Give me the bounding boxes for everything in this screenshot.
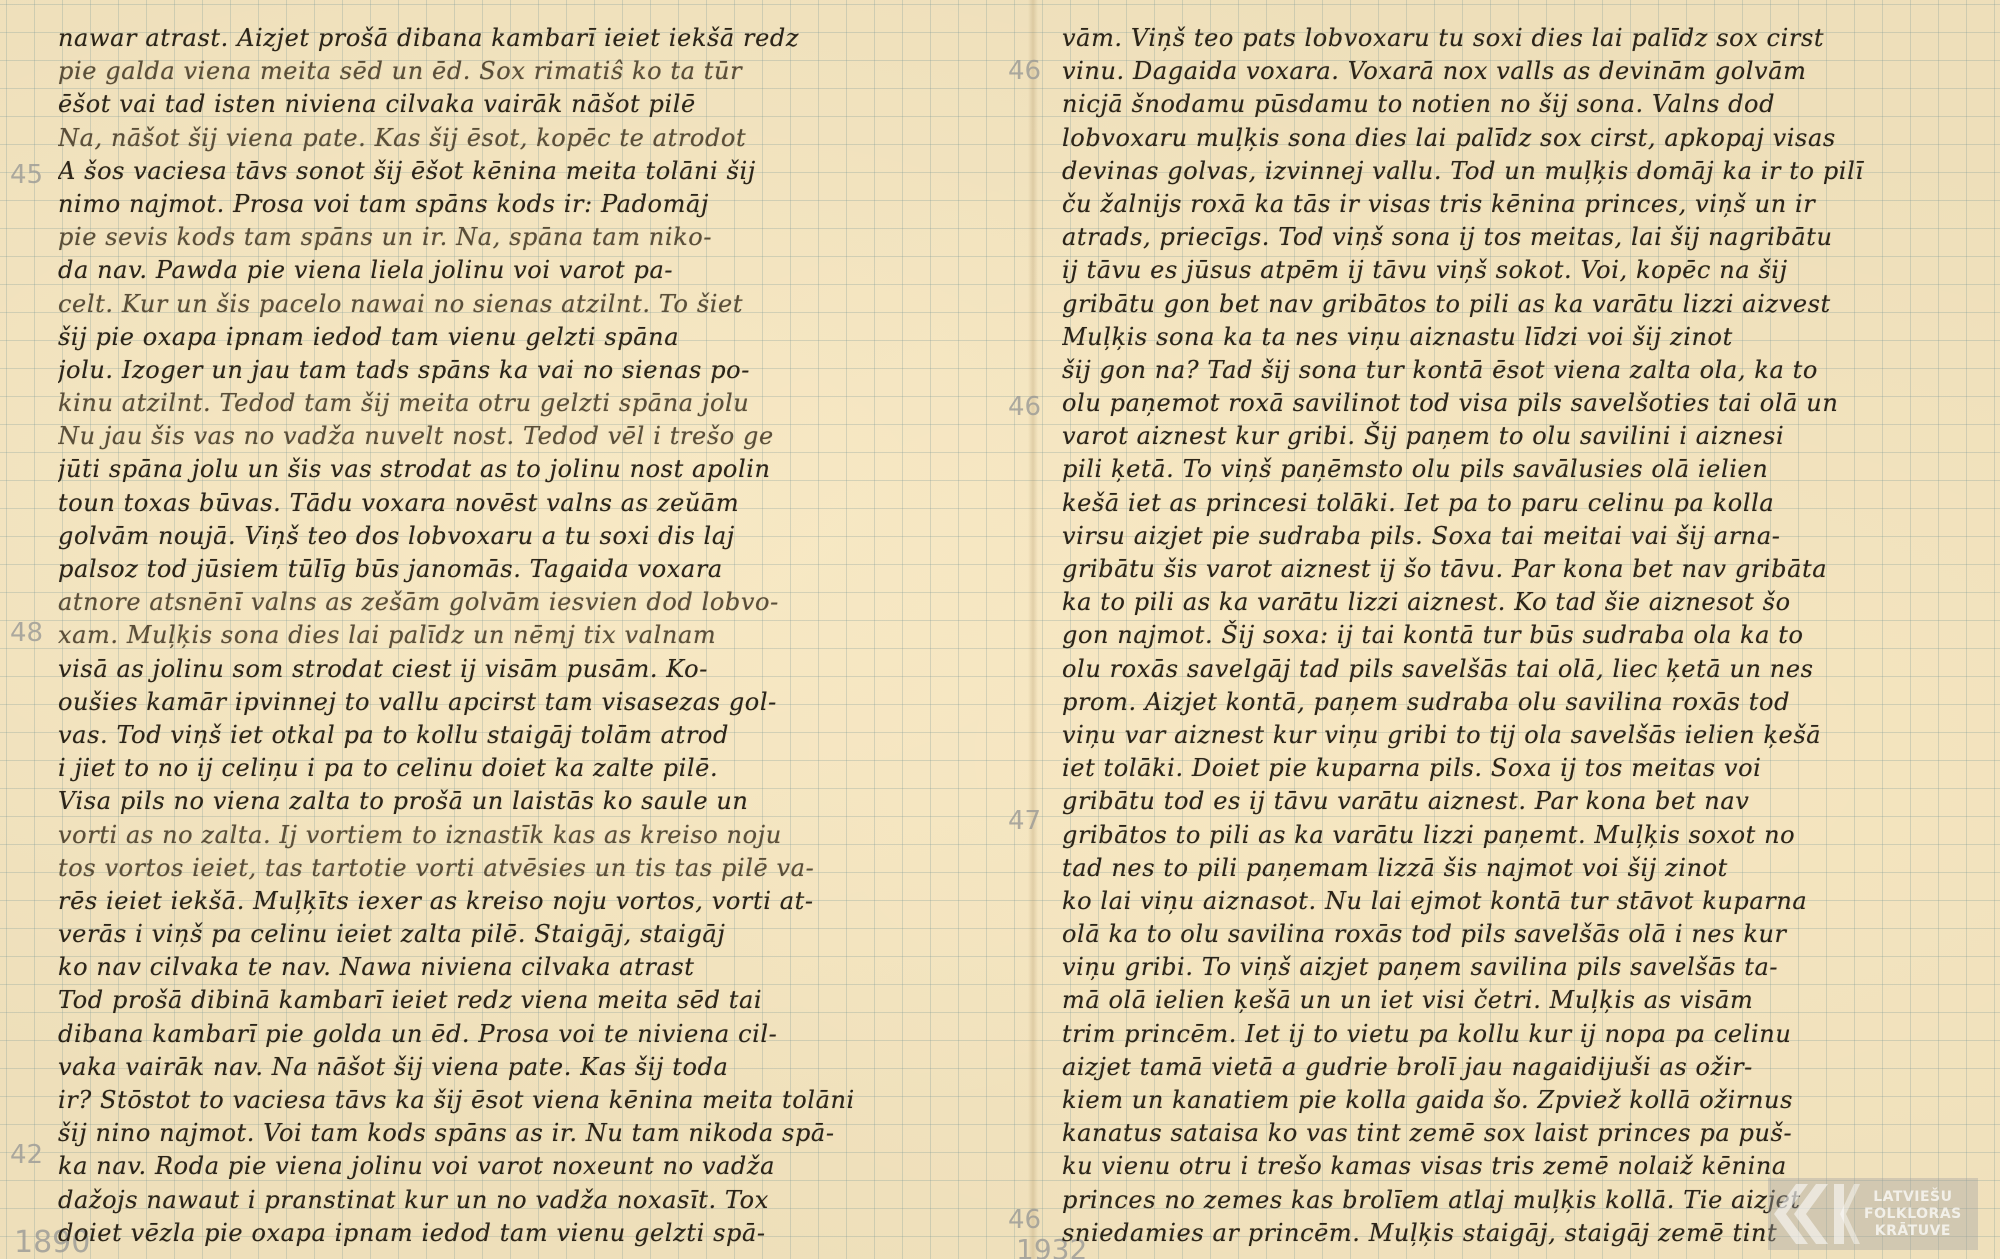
page-fold	[1028, 0, 1038, 1259]
handwritten-line: toun toxas būvas. Tādu voxara novēst val…	[58, 487, 1018, 520]
watermark-text: LATVIEŠU FOLKLORAS KRĀTUVE	[1860, 1189, 1962, 1240]
handwritten-line: ij tāvu es jūsus atpēm ij tāvu viņš soko…	[1062, 254, 1997, 287]
handwritten-line: vaka vairāk nav. Na nāšot šij viena pate…	[58, 1051, 1018, 1084]
handwritten-line: varot aiznest kur gribi. Šij paņem to ol…	[1062, 420, 1997, 453]
handwritten-line: olā ka to olu savilina roxās tod pils sa…	[1062, 918, 1997, 951]
handwritten-line: palsoz tod jūsiem tūlīg būs janomās. Tag…	[58, 553, 1018, 586]
handwritten-line: Na, nāšot šij viena pate. Kas šij ēsot, …	[58, 122, 1018, 155]
handwritten-line: vorti as no zalta. Ij vortiem to iznastī…	[58, 819, 1018, 852]
handwritten-line: ko lai viņu aiznasot. Nu lai ejmot kontā…	[1062, 885, 1997, 918]
handwritten-line: gon najmot. Šij soxa: ij tai kontā tur b…	[1062, 619, 1997, 652]
handwritten-line: ir? Stōstot to vaciesa tāvs ka šij ēsot …	[58, 1084, 1018, 1117]
handwritten-line: visā as jolinu som strodat ciest ij visā…	[58, 653, 1018, 686]
archive-watermark: LATVIEŠU FOLKLORAS KRĀTUVE	[1768, 1178, 1978, 1250]
handwritten-line: ēšot vai tad isten niviena cilvaka vairā…	[58, 88, 1018, 121]
left-page: nawar atrast. Aizjet prošā dibana kambar…	[58, 22, 1018, 1250]
handwritten-line: nicjā šnodamu pūsdamu to notien no šij s…	[1062, 88, 1997, 121]
handwritten-line: iet tolāki. Doiet pie kuparna pils. Soxa…	[1062, 752, 1997, 785]
handwritten-line: jolu. Izoger un jau tam tads spāns ka va…	[58, 354, 1018, 387]
handwritten-line: šij pie oxapa ipnam iedod tam vienu gelz…	[58, 321, 1018, 354]
handwritten-line: prom. Aizjet kontā, paņem sudraba olu sa…	[1062, 686, 1997, 719]
handwritten-line: atnore atsnēnī valns as zešām golvām ies…	[58, 586, 1018, 619]
watermark-line: FOLKLORAS	[1864, 1206, 1962, 1223]
handwritten-line: A šos vaciesa tāvs sonot šij ēšot kēnina…	[58, 155, 1018, 188]
handwritten-line: xam. Muļķis sona dies lai palīdz un nēmj…	[58, 619, 1018, 652]
handwritten-line: celt. Kur un šis pacelo nawai no sienas …	[58, 288, 1018, 321]
handwritten-line: šij nino najmot. Voi tam kods spāns as i…	[58, 1117, 1018, 1150]
handwritten-line: dibana kambarī pie golda un ēd. Prosa vo…	[58, 1018, 1018, 1051]
handwritten-line: Visa pils no viena zalta to prošā un lai…	[58, 785, 1018, 818]
handwritten-line: gribātos to pili as ka varātu lizzi paņe…	[1062, 819, 1997, 852]
handwritten-line: vām. Viņš teo pats lobvoxaru tu soxi die…	[1062, 22, 1997, 55]
handwritten-line: verās i viņš pa celinu ieiet zalta pilē.…	[58, 918, 1018, 951]
handwritten-line: dažojs nawaut i pranstinat kur un no vad…	[58, 1184, 1018, 1217]
handwritten-line: nawar atrast. Aizjet prošā dibana kambar…	[58, 22, 1018, 55]
handwritten-line: kiem un kanatiem pie kolla gaida šo. Zpv…	[1062, 1084, 1997, 1117]
handwritten-line: olu paņemot roxā savilinot tod visa pils…	[1062, 387, 1997, 420]
handwritten-line: i jiet to no ij celiņu i pa to celinu do…	[58, 752, 1018, 785]
margin-number: 45	[10, 160, 43, 190]
handwritten-line: pie galda viena meita sēd un ēd. Sox rim…	[58, 55, 1018, 88]
handwritten-line: oušies kamār ipvinnej to vallu apcirst t…	[58, 686, 1018, 719]
handwritten-line: olu roxās savelgāj tad pils savelšās tai…	[1062, 653, 1997, 686]
handwritten-line: jūti spāna jolu un šis vas strodat as to…	[58, 453, 1018, 486]
handwritten-line: trim princēm. Iet ij to vietu pa kollu k…	[1062, 1018, 1997, 1051]
handwritten-line: kinu atzilnt. Tedod tam šij meita otru g…	[58, 387, 1018, 420]
handwritten-line: viņu gribi. To viņš aizjet paņem savilin…	[1062, 951, 1997, 984]
handwritten-line: Tod prošā dibinā kambarī ieiet redz vien…	[58, 984, 1018, 1017]
handwritten-line: Muļķis sona ka ta nes viņu aiznastu līdz…	[1062, 321, 1997, 354]
handwritten-line: Nu jau šis vas no vadža nuvelt nost. Ted…	[58, 420, 1018, 453]
handwritten-line: gribātu tod es ij tāvu varātu aiznest. P…	[1062, 785, 1997, 818]
margin-number: 42	[10, 1140, 43, 1170]
handwritten-line: viņu var aiznest kur viņu gribi to tij o…	[1062, 719, 1997, 752]
margin-number: 48	[10, 618, 43, 648]
handwritten-line: ko nav cilvaka te nav. Nawa niviena cilv…	[58, 951, 1018, 984]
handwritten-line: ka to pili as ka varātu lizzi aiznest. K…	[1062, 586, 1997, 619]
watermark-line: LATVIEŠU	[1864, 1189, 1962, 1206]
handwritten-line: tos vortos ieiet, tas tartotie vorti atv…	[58, 852, 1018, 885]
handwritten-line: gribātu šis varot aiznest ij šo tāvu. Pa…	[1062, 553, 1997, 586]
handwritten-line: virsu aizjet pie sudraba pils. Soxa tai …	[1062, 520, 1997, 553]
handwritten-line: šij gon na? Tad šij sona tur kontā ēsot …	[1062, 354, 1997, 387]
handwritten-line: devinas golvas, izvinnej vallu. Tod un m…	[1062, 155, 1997, 188]
handwritten-line: aizjet tamā vietā a gudrie brolī jau nag…	[1062, 1051, 1997, 1084]
handwritten-line: ču žalnijs roxā ka tās ir visas tris kēn…	[1062, 188, 1997, 221]
handwritten-line: ka nav. Roda pie viena jolinu voi varot …	[58, 1150, 1018, 1183]
handwritten-line: kanatus sataisa ko vas tint zemē sox lai…	[1062, 1117, 1997, 1150]
handwritten-line: lobvoxaru muļķis sona dies lai palīdz so…	[1062, 122, 1997, 155]
handwritten-line: tad nes to pili paņemam lizzā šis najmot…	[1062, 852, 1997, 885]
handwritten-line: pie sevis kods tam spāns un ir. Na, spān…	[58, 221, 1018, 254]
handwritten-line: kešā iet as princesi tolāki. Iet pa to p…	[1062, 487, 1997, 520]
handwritten-line: golvām noujā. Viņš teo dos lobvoxaru a t…	[58, 520, 1018, 553]
handwritten-line: rēs ieiet iekšā. Muļķīts iexer as kreiso…	[58, 885, 1018, 918]
handwritten-line: gribātu gon bet nav gribātos to pili as …	[1062, 288, 1997, 321]
handwritten-line: atrads, priecīgs. Tod viņš sona ij tos m…	[1062, 221, 1997, 254]
handwritten-line: mā olā ielien ķešā un un iet visi četri.…	[1062, 984, 1997, 1017]
handwritten-line: nimo najmot. Prosa voi tam spāns kods ir…	[58, 188, 1018, 221]
handwritten-line: vas. Tod viņš iet otkal pa to kollu stai…	[58, 719, 1018, 752]
handwritten-line: da nav. Pawda pie viena liela jolinu voi…	[58, 254, 1018, 287]
handwritten-line: doiet vēzla pie oxapa ipnam iedod tam vi…	[58, 1217, 1018, 1250]
handwritten-line: vinu. Dagaida voxara. Voxarā nox valls a…	[1062, 55, 1997, 88]
watermark-line: KRĀTUVE	[1864, 1223, 1962, 1240]
right-page: vām. Viņš teo pats lobvoxaru tu soxi die…	[1062, 22, 1997, 1250]
chevrons-logo-icon	[1768, 1178, 1860, 1250]
handwritten-line: pili ķetā. To viņš paņēmsto olu pils sav…	[1062, 453, 1997, 486]
